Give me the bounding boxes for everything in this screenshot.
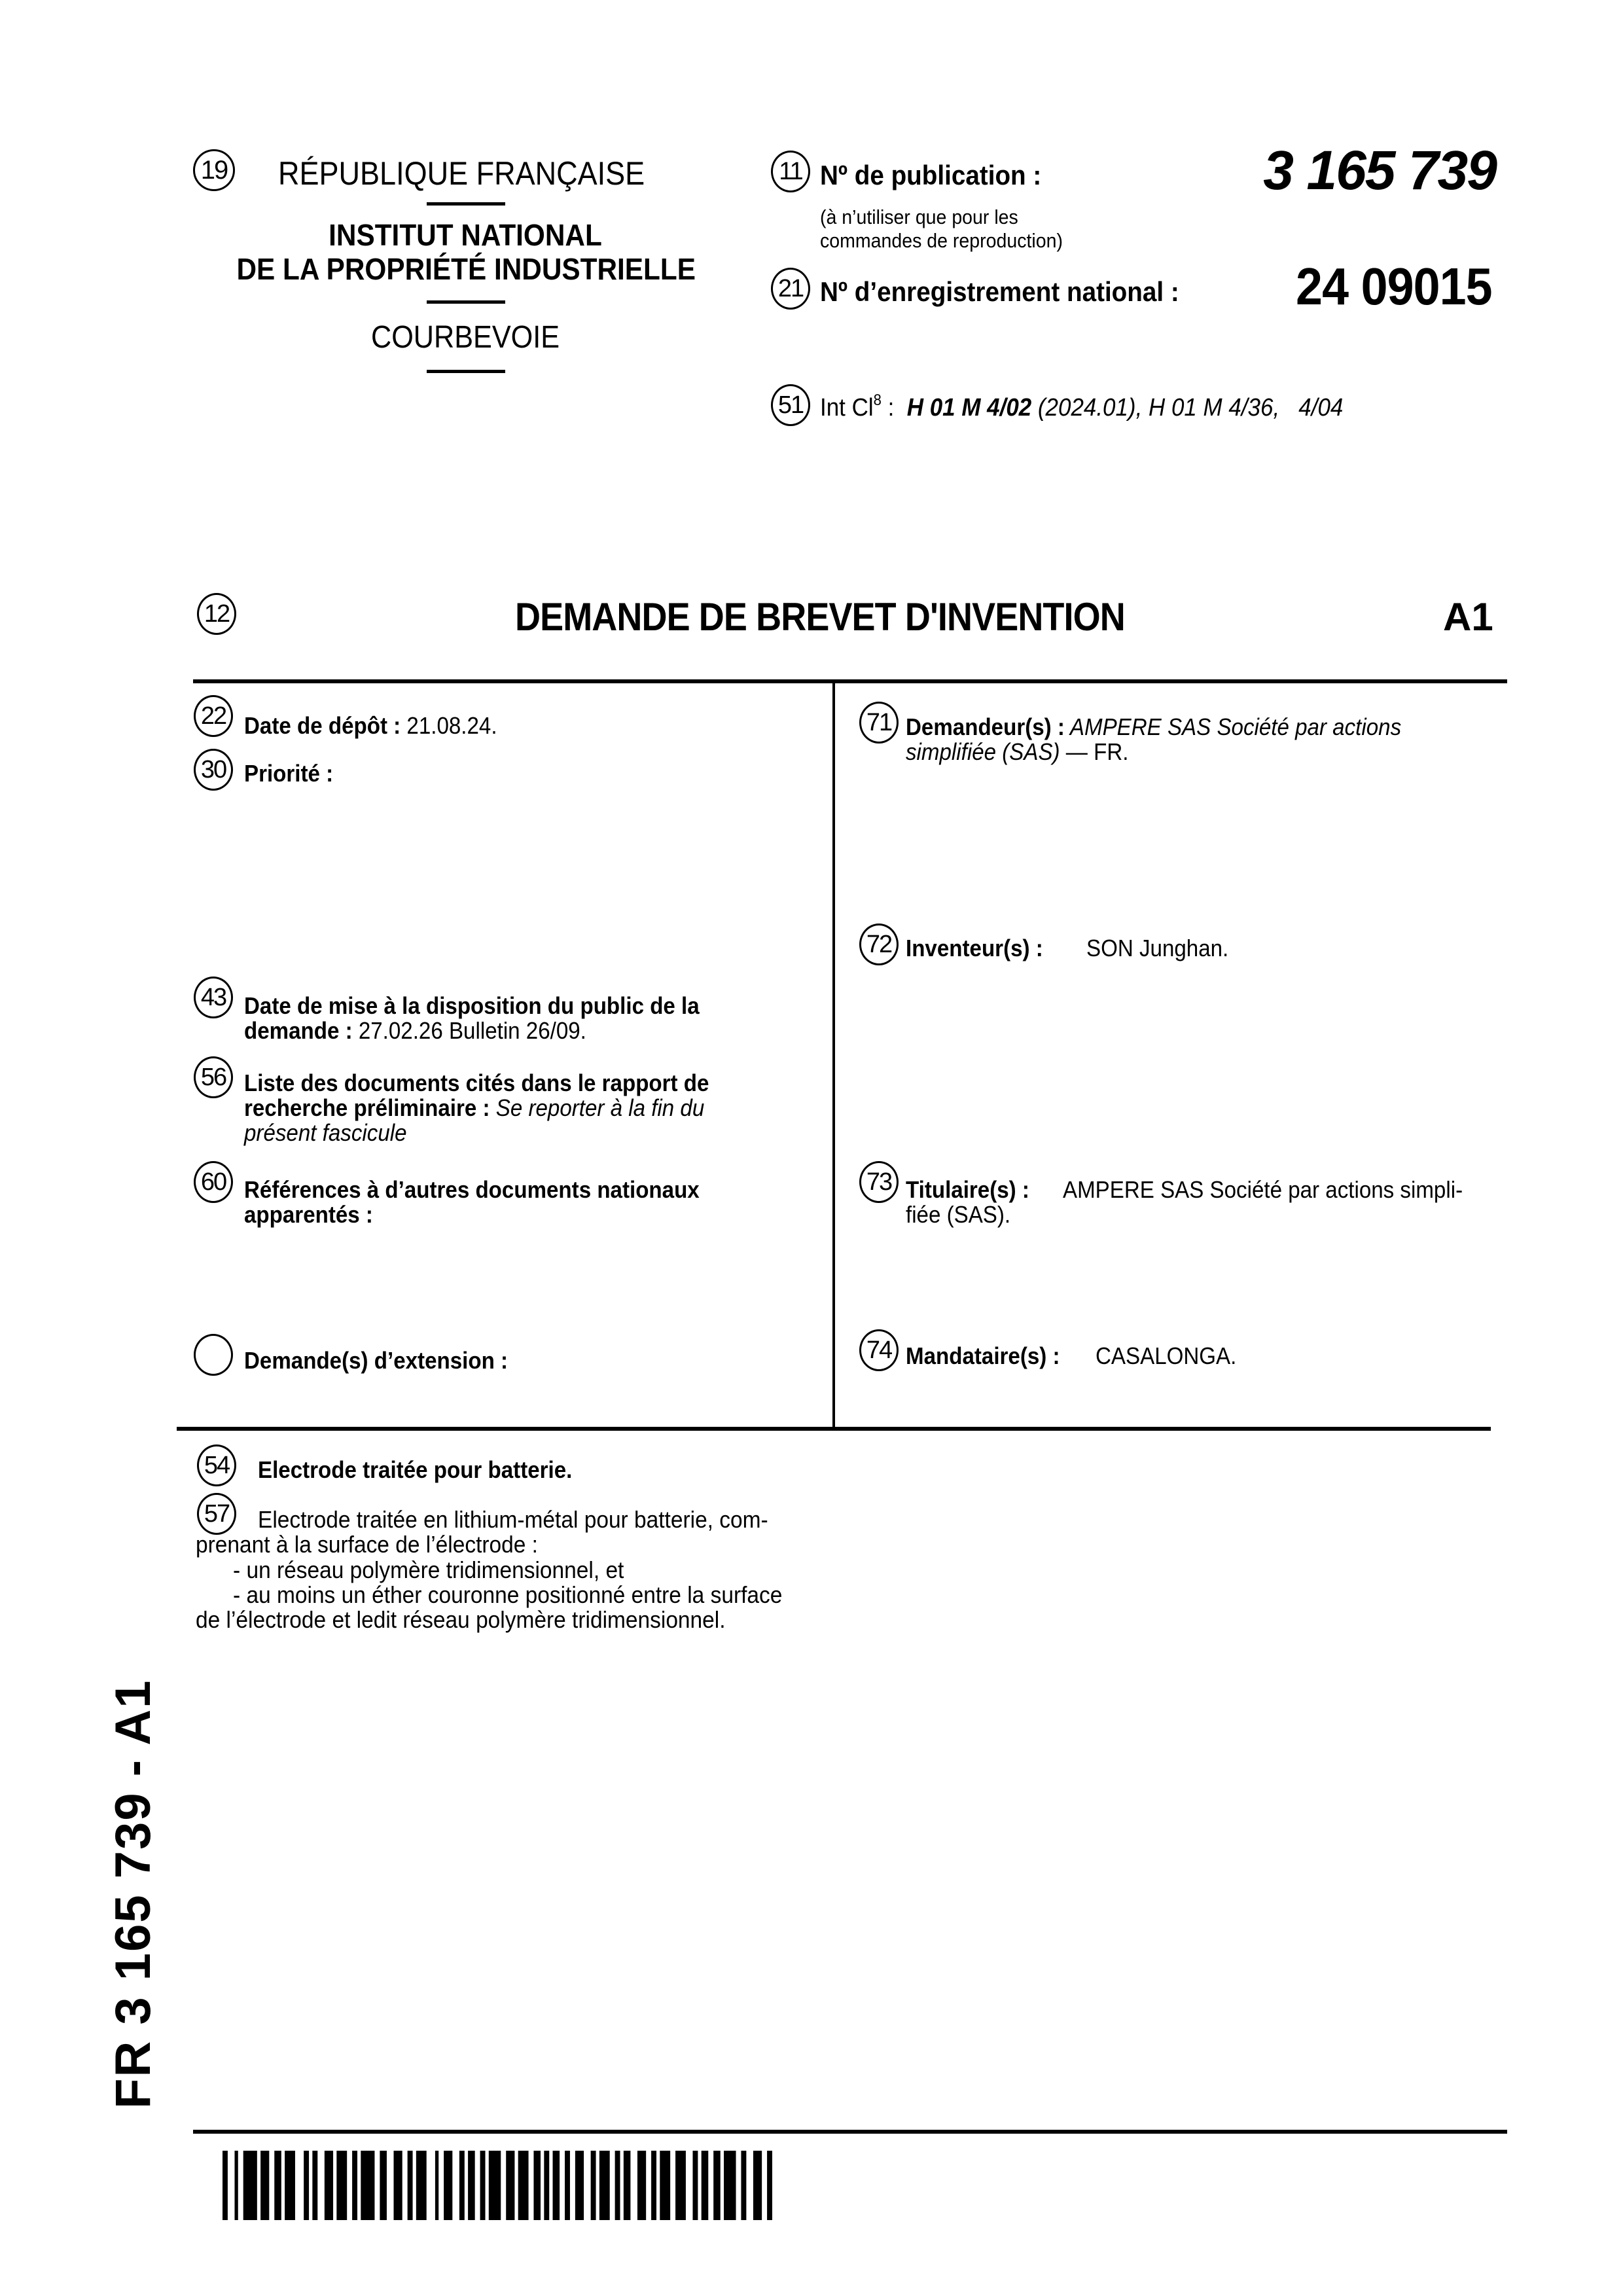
applicant-value-line2: simplifiée (SAS) <box>906 738 1060 765</box>
holder-label-text: Titulaire(s) : <box>906 1177 1029 1202</box>
barcode <box>223 2151 772 2220</box>
inventor: Inventeur(s) : <box>906 936 1055 961</box>
publication-number-label: Nº de publication : <box>820 160 1061 191</box>
agent-label: Mandataire(s) : <box>906 1342 1060 1369</box>
inid-code-extension-empty <box>194 1334 233 1376</box>
side-publication-reference: FR 3 165 739 - A1 <box>105 1679 162 2109</box>
related-documents: Références à d’autres documents nationau… <box>244 1177 739 1227</box>
cited-documents-label-line1: Liste des documents cités dans le rappor… <box>244 1071 709 1096</box>
agent: Mandataire(s) : <box>906 1344 1073 1369</box>
divider-dash <box>427 370 505 373</box>
applicant: Demandeur(s) : AMPERE SAS Société par ac… <box>906 715 1444 764</box>
related-documents-label-line1: Références à d’autres documents nationau… <box>244 1177 700 1202</box>
filing-date: Date de dépôt : 21.08.24. <box>244 713 519 738</box>
inventor-label: Inventeur(s) : <box>906 935 1043 961</box>
invention-title-text: Electrode traitée pour batterie. <box>258 1458 572 1482</box>
inid-code-11: 11 <box>771 151 810 192</box>
abstract-line-5-text: de l’électrode et ledit réseau polymère … <box>196 1607 726 1632</box>
table-top-rule <box>193 679 1507 683</box>
office-name-line1: INSTITUT NATIONAL <box>217 217 714 253</box>
inid-code-51: 51 <box>771 384 810 426</box>
classification-separator: : <box>882 394 894 422</box>
inid-code-54: 54 <box>197 1444 236 1486</box>
classification: Int Cl8 : H 01 M 4/02 (2024.01), H 01 M … <box>820 391 1389 422</box>
classification-edition: 8 <box>874 391 882 409</box>
applicant-country: — FR. <box>1060 738 1129 765</box>
inid-code-60: 60 <box>194 1161 233 1203</box>
office-name-line1-text: INSTITUT NATIONAL <box>329 217 602 253</box>
divider-dash <box>427 202 505 206</box>
priority-label-text: Priorité : <box>244 761 333 786</box>
abstract-line-4: - au moins un éther couronne positionné … <box>233 1583 824 1607</box>
publication-date-label-line1: Date de mise à la disposition du public … <box>244 994 700 1018</box>
priority-label: Priorité : <box>244 761 341 786</box>
kind-code: A1 <box>1443 594 1493 639</box>
abstract-line-3: - un réseau polymère tridimensionnel, et <box>233 1558 653 1583</box>
classification-label: Int Cl <box>820 394 874 422</box>
column-divider <box>832 681 835 1430</box>
inid-code-19: 19 <box>193 149 235 191</box>
inid-code-73: 73 <box>859 1161 899 1203</box>
registration-number-text: 24 09015 <box>1296 257 1492 317</box>
abstract-line-5: de l’électrode et ledit réseau polymère … <box>196 1607 765 1632</box>
holder-value-line2-text: fiée (SAS). <box>906 1202 1010 1227</box>
extension-label-text: Demande(s) d’extension : <box>244 1348 508 1373</box>
table-bottom-rule <box>177 1427 1491 1431</box>
inventor-value-text: SON Junghan. <box>1086 936 1228 961</box>
classification-main: H 01 M 4/02 <box>907 394 1031 422</box>
publication-number: 3 165 739 <box>1263 139 1496 202</box>
abstract-line-2-text: prenant à la surface de l’électrode : <box>196 1532 538 1557</box>
publication-note-line1: (à n’utiliser que pour les <box>820 206 1035 229</box>
publication-number-label-text: Nº de publication : <box>820 160 1041 191</box>
classification-secondary: (2024.01), H 01 M 4/36, 4/04 <box>1031 394 1343 422</box>
divider-dash <box>427 300 505 304</box>
cited-documents-value-line3: présent fascicule <box>244 1121 709 1145</box>
cited-documents-label-line2: recherche préliminaire : <box>244 1094 490 1121</box>
agent-value-text: CASALONGA. <box>1096 1344 1236 1369</box>
filing-date-value: 21.08.24. <box>401 712 497 739</box>
inid-code-71: 71 <box>859 702 899 744</box>
publication-note-line1-text: (à n’utiliser que pour les <box>820 206 1018 229</box>
country-name-text: RÉPUBLIQUE FRANÇAISE <box>278 154 645 192</box>
filing-date-label: Date de dépôt : <box>244 712 401 739</box>
country-name: RÉPUBLIQUE FRANÇAISE <box>278 154 685 192</box>
document-title: DEMANDE DE BREVET D'INVENTION <box>515 594 1192 639</box>
applicant-value-line1: AMPERE SAS Société par actions <box>1065 713 1401 740</box>
office-name-line2: DE LA PROPRIÉTÉ INDUSTRIELLE <box>217 251 714 287</box>
agent-value: CASALONGA. <box>1096 1344 1249 1369</box>
abstract-line-2: prenant à la surface de l’électrode : <box>196 1532 563 1557</box>
registration-number-label: Nº d’enregistrement national : <box>820 276 1210 308</box>
inid-code-30: 30 <box>194 749 233 791</box>
inid-code-22: 22 <box>194 695 233 737</box>
related-documents-label-line2: apparentés : <box>244 1202 700 1227</box>
extension-label: Demande(s) d’extension : <box>244 1348 531 1373</box>
abstract-line-4-text: - au moins un éther couronne positionné … <box>233 1583 782 1607</box>
office-city-text: COURBEVOIE <box>371 319 560 355</box>
registration-number: 24 09015 <box>1279 257 1492 317</box>
applicant-label: Demandeur(s) : <box>906 713 1065 740</box>
publication-date: Date de mise à la disposition du public … <box>244 994 739 1043</box>
inid-code-12: 12 <box>197 593 236 635</box>
abstract-line-1-text: Electrode traitée en lithium-métal pour … <box>258 1507 768 1532</box>
inid-code-21: 21 <box>771 268 810 310</box>
office-city: COURBEVOIE <box>217 319 714 355</box>
registration-number-label-text: Nº d’enregistrement national : <box>820 276 1179 308</box>
inid-code-56: 56 <box>194 1056 233 1098</box>
document-title-text: DEMANDE DE BREVET D'INVENTION <box>515 594 1125 639</box>
cited-documents: Liste des documents cités dans le rappor… <box>244 1071 749 1145</box>
holder-value-line1: AMPERE SAS Société par actions simpli- <box>1063 1177 1497 1202</box>
holder-label: Titulaire(s) : <box>906 1177 1040 1202</box>
abstract-line-3-text: - un réseau polymère tridimensionnel, et <box>233 1558 624 1583</box>
inventor-value: SON Junghan. <box>1086 936 1241 961</box>
inid-code-57: 57 <box>197 1493 236 1535</box>
office-name-line2-text: DE LA PROPRIÉTÉ INDUSTRIELLE <box>236 251 695 287</box>
inid-code-74: 74 <box>859 1329 899 1371</box>
holder-value-line1-text: AMPERE SAS Société par actions simpli- <box>1063 1177 1463 1202</box>
inid-code-72: 72 <box>859 924 899 965</box>
cited-documents-value: Se reporter à la fin du <box>490 1094 705 1121</box>
inid-code-43: 43 <box>194 977 233 1018</box>
publication-date-label-line2: demande : <box>244 1017 353 1044</box>
footer-rule <box>193 2130 1507 2134</box>
publication-note-line2: commandes de reproduction) <box>820 229 1084 253</box>
invention-title: Electrode traitée pour batterie. <box>258 1458 599 1482</box>
holder-value-line2: fiée (SAS). <box>906 1202 1020 1227</box>
publication-date-value: 27.02.26 Bulletin 26/09. <box>353 1017 586 1044</box>
abstract-line-1: Electrode traitée en lithium-métal pour … <box>258 1507 806 1532</box>
publication-note-line2-text: commandes de reproduction) <box>820 229 1063 253</box>
